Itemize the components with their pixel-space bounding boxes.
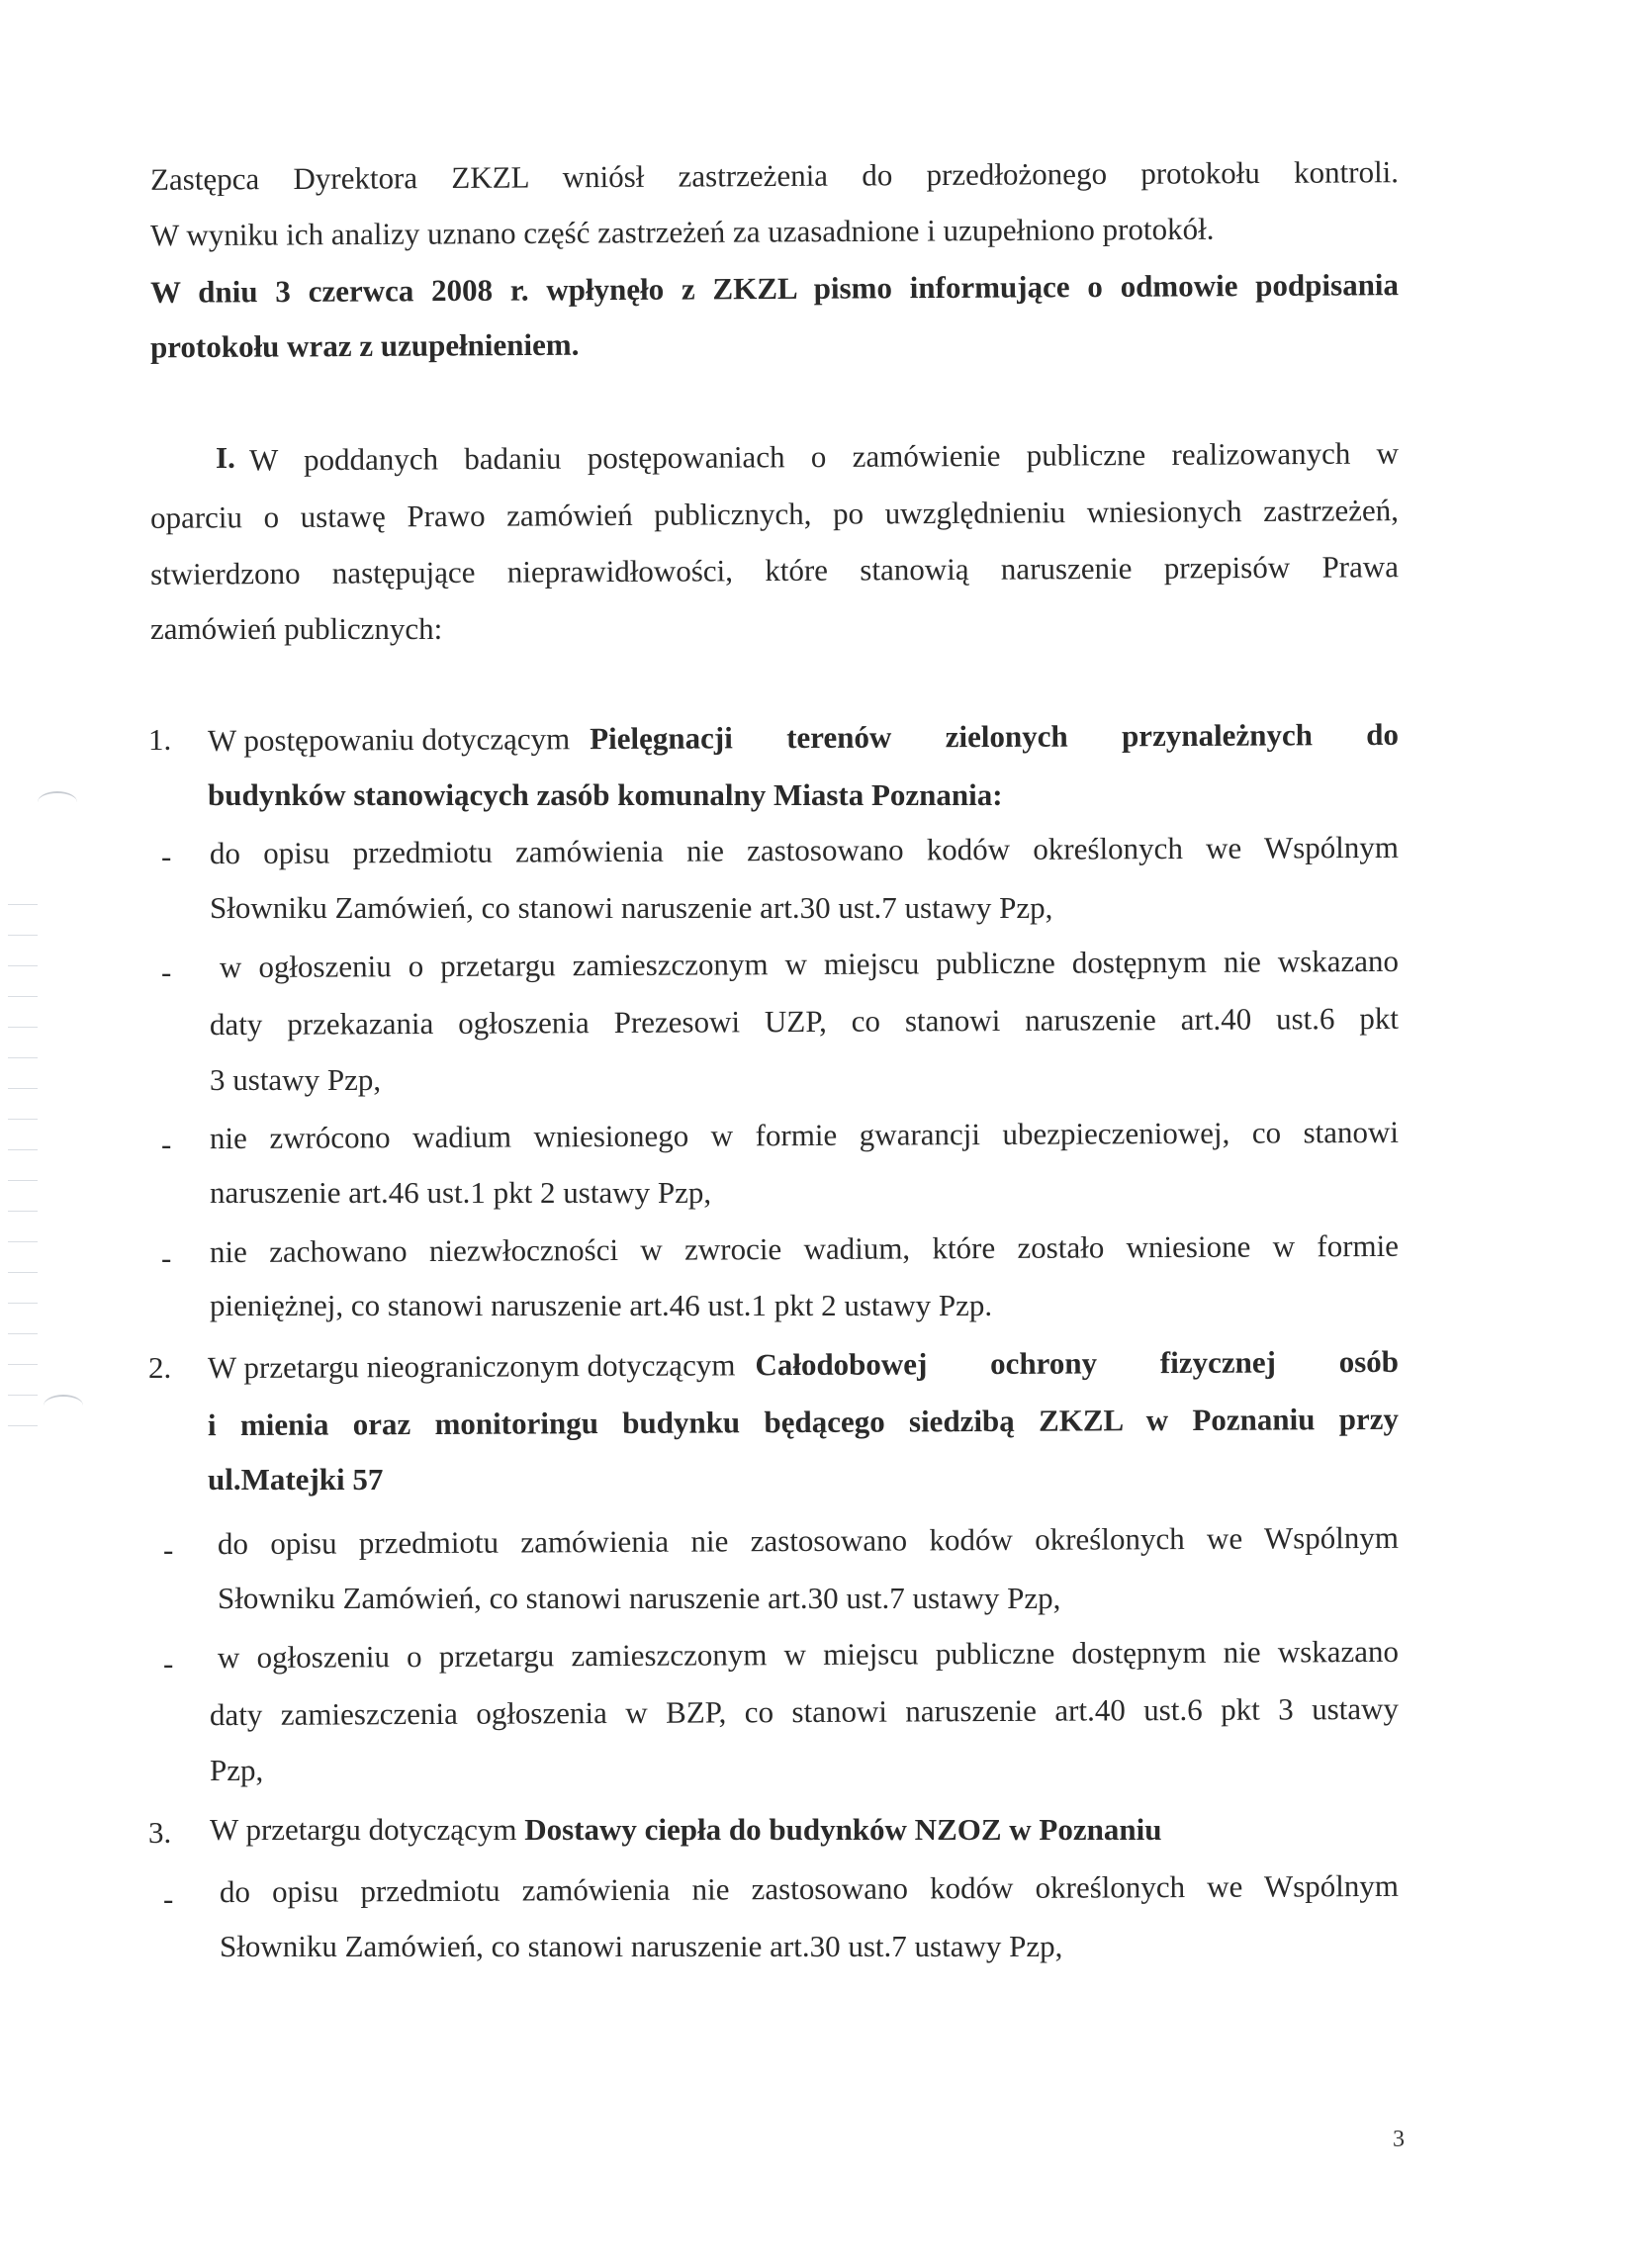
- item-1-heading-line-1: W postępowaniu dotyczącym Pielęgnacji te…: [208, 715, 1399, 761]
- section-line-3: stwierdzono następujące nieprawidłowości…: [150, 547, 1399, 594]
- item-1-bullet-3-line-1: nie zwrócono wadium wniesionego w formie…: [210, 1113, 1399, 1158]
- item-3-lead: W przetargu dotyczącym: [210, 1812, 516, 1847]
- page-number: 3: [1393, 2127, 1405, 2153]
- item-2-heading-line-3: ul.Matejki 57: [208, 1460, 383, 1499]
- bullet-dash: -: [163, 1644, 173, 1683]
- item-2-bullet-2-line-1: w ogłoszeniu o przetargu zamieszczonym w…: [218, 1632, 1399, 1678]
- item-3-heading-line-1: W przetargu dotyczącym Dostawy ciepła do…: [210, 1810, 1161, 1850]
- bullet-dash: -: [161, 953, 171, 992]
- item-2-number: 2.: [148, 1348, 171, 1388]
- item-2-title: Całodobowej ochrony fizycznej osób: [755, 1342, 1399, 1385]
- bullet-dash: -: [161, 1238, 171, 1278]
- item-1-bullet-1-line-1: do opisu przedmiotu zamówienia nie zasto…: [210, 828, 1399, 873]
- bullet-dash: -: [161, 1125, 171, 1164]
- item-3-bullet-1-line-1: do opisu przedmiotu zamówienia nie zasto…: [220, 1866, 1399, 1912]
- item-1-number: 1.: [148, 720, 171, 760]
- item-1-bullet-2-line-2: daty przekazania ogłoszenia Prezesowi UZ…: [210, 999, 1399, 1044]
- item-1-bullet-2-line-1: w ogłoszeniu o przetargu zamieszczonym w…: [220, 942, 1399, 987]
- scan-artifact-arc: [44, 1395, 83, 1416]
- item-1-heading-line-2: budynków stanowiących zasób komunalny Mi…: [208, 775, 1003, 815]
- section-line-2: oparciu o ustawę Prawo zamówień publiczn…: [150, 491, 1399, 538]
- item-1-bullet-2-line-3: 3 ustawy Pzp,: [210, 1060, 381, 1100]
- item-2-bullet-2-line-2: daty zamieszczenia ogłoszenia w BZP, co …: [210, 1689, 1399, 1735]
- item-1-bullet-4-line-1: nie zachowano niezwłoczności w zwrocie w…: [210, 1226, 1399, 1272]
- bullet-dash: -: [161, 837, 171, 876]
- bullet-dash: -: [163, 1879, 173, 1919]
- item-3-bullet-1-line-2: Słowniku Zamówień, co stanowi naruszenie…: [220, 1927, 1062, 1966]
- intro-line-2: W wyniku ich analizy uznano część zastrz…: [150, 210, 1215, 256]
- item-1-lead: W postępowaniu dotyczącym: [208, 719, 570, 761]
- section-marker: I.: [216, 438, 235, 478]
- item-2-bullet-1-line-1: do opisu przedmiotu zamówienia nie zasto…: [218, 1518, 1399, 1564]
- section-line-1: W poddanych badaniu postępowaniach o zam…: [249, 433, 1399, 480]
- item-3-title: Dostawy ciepła do budynków NZOZ w Poznan…: [524, 1812, 1161, 1847]
- intro-line-1: Zastępca Dyrektora ZKZL wniósł zastrzeże…: [150, 152, 1399, 200]
- item-2-lead: W przetargu nieograniczonym dotyczącym: [208, 1345, 736, 1388]
- scan-artifact-arc: [38, 791, 77, 813]
- item-2-bullet-2-line-3: Pzp,: [210, 1751, 263, 1790]
- item-1-bullet-1-line-2: Słowniku Zamówień, co stanowi naruszenie…: [210, 888, 1052, 928]
- item-1-bullet-3-line-2: naruszenie art.46 ust.1 pkt 2 ustawy Pzp…: [210, 1173, 711, 1213]
- intro-line-3: W dniu 3 czerwca 2008 r. wpłynęło z ZKZL…: [150, 265, 1399, 313]
- bullet-dash: -: [163, 1530, 173, 1570]
- item-2-heading-line-1: W przetargu nieograniczonym dotyczącym C…: [208, 1342, 1399, 1388]
- item-3-number: 3.: [148, 1813, 171, 1853]
- document-page: Zastępca Dyrektora ZKZL wniósł zastrzeże…: [0, 0, 1638, 2268]
- section-line-4: zamówień publicznych:: [150, 609, 442, 649]
- intro-line-4: protokołu wraz z uzupełnieniem.: [150, 325, 580, 368]
- item-2-bullet-1-line-2: Słowniku Zamówień, co stanowi naruszenie…: [218, 1579, 1060, 1618]
- item-2-heading-line-2: i mienia oraz monitoringu budynku będące…: [208, 1400, 1399, 1445]
- item-1-title: Pielęgnacji terenów zielonych przynależn…: [590, 715, 1399, 759]
- item-1-bullet-4-line-2: pieniężnej, co stanowi naruszenie art.46…: [210, 1286, 992, 1325]
- scan-artifact-specks: [8, 890, 38, 1444]
